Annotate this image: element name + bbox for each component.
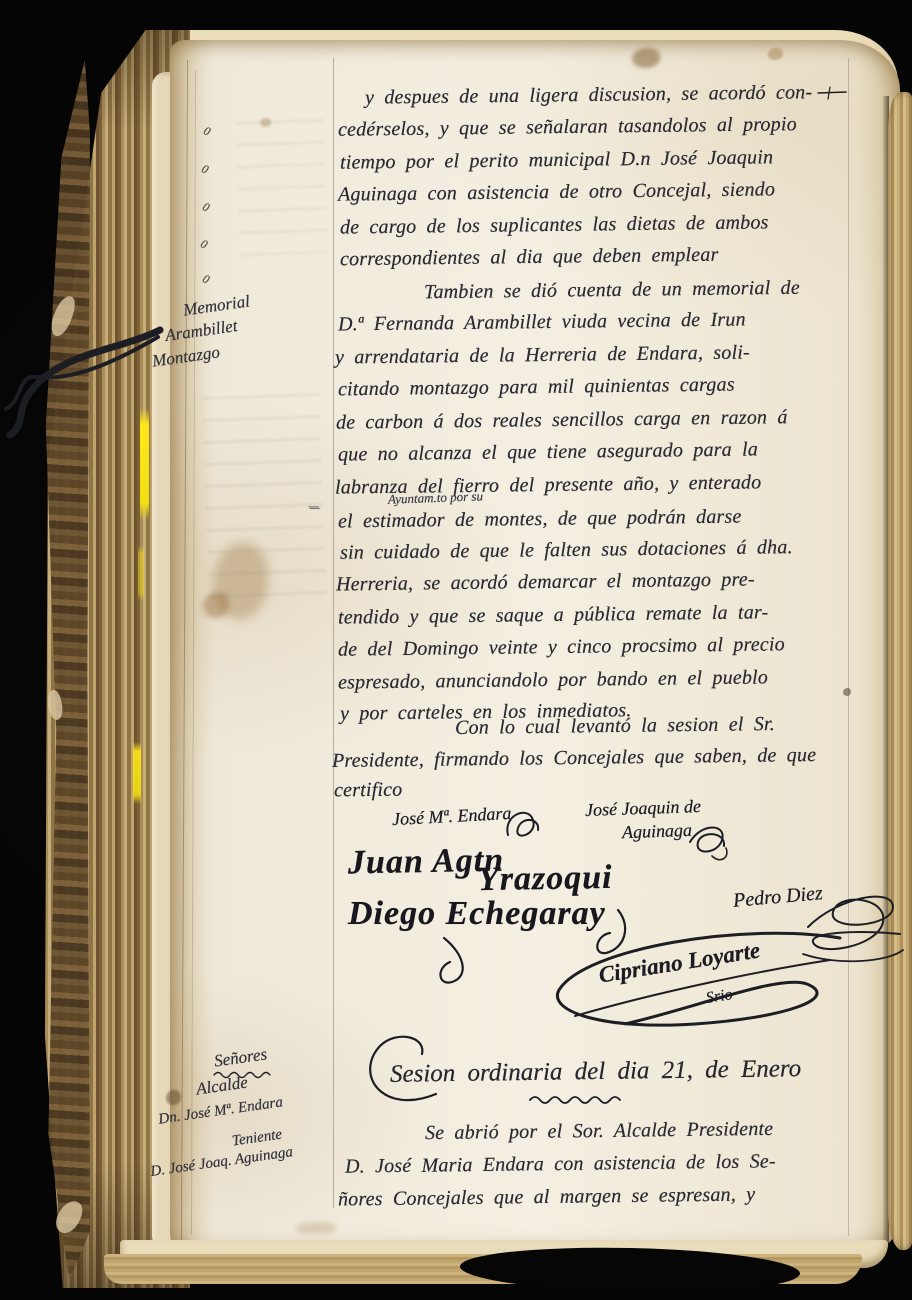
left-margin-rule xyxy=(333,58,334,1208)
aguinaga-rubric xyxy=(682,812,737,867)
page-stain xyxy=(768,48,783,60)
manuscript-line: certifico xyxy=(334,779,403,803)
yellow-edge-strip xyxy=(133,742,141,804)
right-fore-edge xyxy=(888,92,912,1250)
manuscript-line: correspondientes al dia que deben emplea… xyxy=(340,244,719,272)
loyarte-flourish xyxy=(545,920,855,1040)
show-through xyxy=(201,393,326,607)
interline-insertion: Ayuntam.to por su xyxy=(388,488,483,507)
session-heading: Sesion ordinaria del dia 21, de Enero xyxy=(390,1055,802,1089)
photo-canvas: 0 0 0 0 0 y despues de una ligera discus… xyxy=(0,0,912,1300)
signature-yrazoqui: Yrazoqui xyxy=(478,859,613,899)
binding-thread xyxy=(0,295,180,450)
yellow-edge-strip xyxy=(138,545,144,601)
manuscript-line: Se abrió por el Sor. Alcalde Presidente xyxy=(425,1118,774,1145)
ink-speck xyxy=(843,688,851,696)
manuscript-line: citando montazgo para mil quinientas car… xyxy=(338,374,735,402)
show-through xyxy=(235,119,328,272)
manuscript-line: Con lo cual levantó la sesion el Sr. xyxy=(455,713,775,740)
yellow-edge-strip xyxy=(140,408,149,520)
right-margin-rule xyxy=(848,58,849,1236)
page-stain xyxy=(632,48,660,68)
top-right-mark xyxy=(816,84,850,102)
page-stain xyxy=(166,1090,181,1105)
heading-underline-squiggle xyxy=(528,1094,630,1104)
endara-rubric xyxy=(498,800,548,845)
echegaray-flourish xyxy=(430,932,490,990)
book-spine-edge xyxy=(38,60,90,1280)
manuscript-line: Tambien se dió cuenta de un memorial de xyxy=(424,277,800,305)
page-stain xyxy=(295,1222,337,1234)
manuscript-line: el estimador de montes, de que podrán da… xyxy=(338,506,742,534)
